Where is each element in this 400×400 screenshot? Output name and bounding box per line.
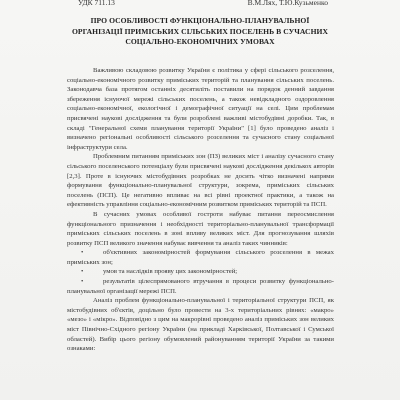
paragraph: Важливою складовою розвитку України є по… (67, 66, 334, 152)
paragraph: Аналіз проблем функціонально-планувально… (67, 296, 334, 354)
document-page: УДК 711.13 В.М.Лях, Т.Ю.Кузьменко ПРО ОС… (0, 0, 400, 400)
factor-list: об'єктивних закономірностей формування с… (67, 248, 334, 296)
article-body: Важливою складовою розвитку України є по… (67, 66, 334, 354)
authors: В.М.Лях, Т.Ю.Кузьменко (248, 0, 328, 7)
list-item: умов та наслідків прояву цих закономірно… (67, 267, 334, 277)
article-title: ПРО ОСОБЛИВОСТІ ФУНКЦІОНАЛЬНО-ПЛАНУВАЛЬН… (60, 16, 340, 48)
paragraph: В сучасних умовах особливої гостроти наб… (67, 210, 334, 248)
page-header: УДК 711.13 В.М.Лях, Т.Ю.Кузьменко (78, 0, 328, 7)
list-item: об'єктивних закономірностей формування с… (67, 248, 334, 267)
title-line: СОЦІАЛЬНО-ЕКОНОМІЧНИХ УМОВАХ (60, 37, 340, 48)
title-line: ОРГАНІЗАЦІЇ ПРИМІСЬКИХ СІЛЬСЬКИХ ПОСЕЛЕН… (60, 27, 340, 38)
paragraph: Проблемним питанням приміських зон (ПЗ) … (67, 152, 334, 210)
title-line: ПРО ОСОБЛИВОСТІ ФУНКЦІОНАЛЬНО-ПЛАНУВАЛЬН… (60, 16, 340, 27)
list-item: результатів цілеспрямованого втручання в… (67, 277, 334, 296)
udc-code: УДК 711.13 (78, 0, 115, 7)
